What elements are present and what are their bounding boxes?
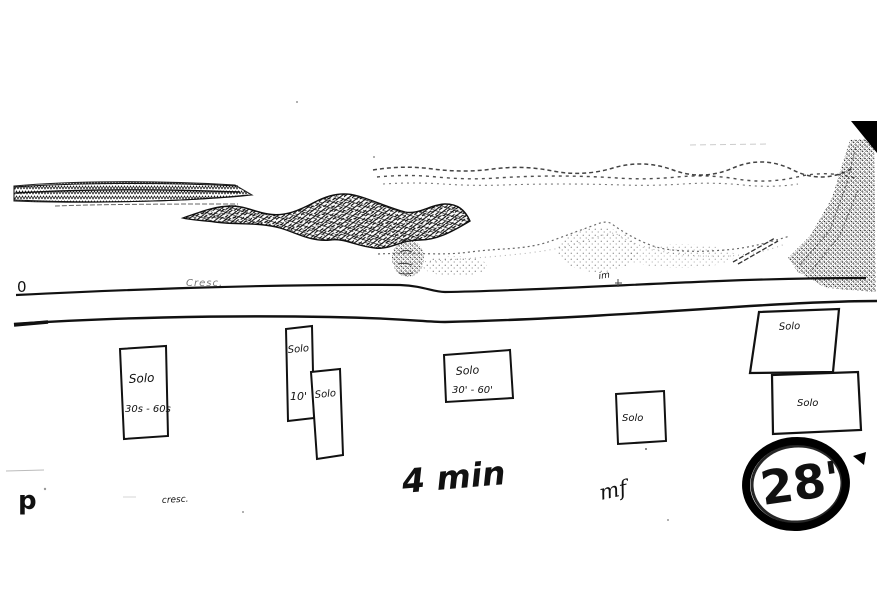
solo-duration-label: 10' [290, 390, 307, 403]
solo-box-label: Solo [455, 363, 480, 378]
solo-box: Solo [311, 369, 343, 459]
score-canvas: 0 Cresc. im Solo 30s - 60s Solo 10' Solo… [0, 0, 880, 614]
speckle-cluster [392, 238, 487, 277]
solo-box: Solo [750, 309, 839, 373]
solo-duration-label: 30s - 60s [125, 404, 171, 415]
solo-box-label: Solo [314, 388, 336, 401]
timeline-lower-line [14, 301, 877, 324]
solo-box-label: Solo [622, 413, 643, 424]
zero-label: 0 [17, 278, 27, 296]
solo-box: Solo [772, 372, 861, 434]
edge-texture [788, 121, 877, 292]
solo-box-outline [120, 346, 168, 439]
cresc-label: Cresc. [186, 278, 223, 289]
solo-box-label: Solo [779, 321, 801, 333]
cresc-small-label: cresc. [162, 495, 189, 506]
stray-marks [6, 101, 669, 521]
solo-box: Solo 30' - 60' [444, 350, 513, 402]
solo-box-label: Solo [797, 398, 818, 409]
timeline-upper-line [16, 278, 866, 295]
solo-box: Solo 10' [286, 326, 314, 421]
tiny-annotation-text: im [598, 270, 611, 282]
solo-duration-label: 30' - 60' [452, 385, 493, 396]
center-duration-label: 4 min [399, 453, 507, 501]
solo-box: Solo [616, 391, 666, 444]
solo-box-outline [311, 369, 343, 459]
tiny-annotation: im [598, 270, 622, 287]
total-duration-circle: 28' [742, 437, 866, 531]
solo-box-label: Solo [128, 371, 154, 386]
solo-box-label: Solo [287, 343, 309, 356]
p-label: p [18, 486, 37, 516]
trill-band [14, 182, 252, 206]
solo-box-outline [750, 309, 839, 373]
arrow-wedge [853, 452, 866, 465]
score-page: 0 Cresc. im Solo 30s - 60s Solo 10' Solo… [0, 0, 880, 614]
mf-label: mf [597, 475, 632, 505]
dust-band [373, 144, 855, 186]
solo-box-outline [286, 326, 314, 421]
total-duration-label: 28' [757, 451, 844, 517]
solo-box: Solo 30s - 60s [120, 346, 171, 439]
mountain-ridge [183, 194, 470, 248]
